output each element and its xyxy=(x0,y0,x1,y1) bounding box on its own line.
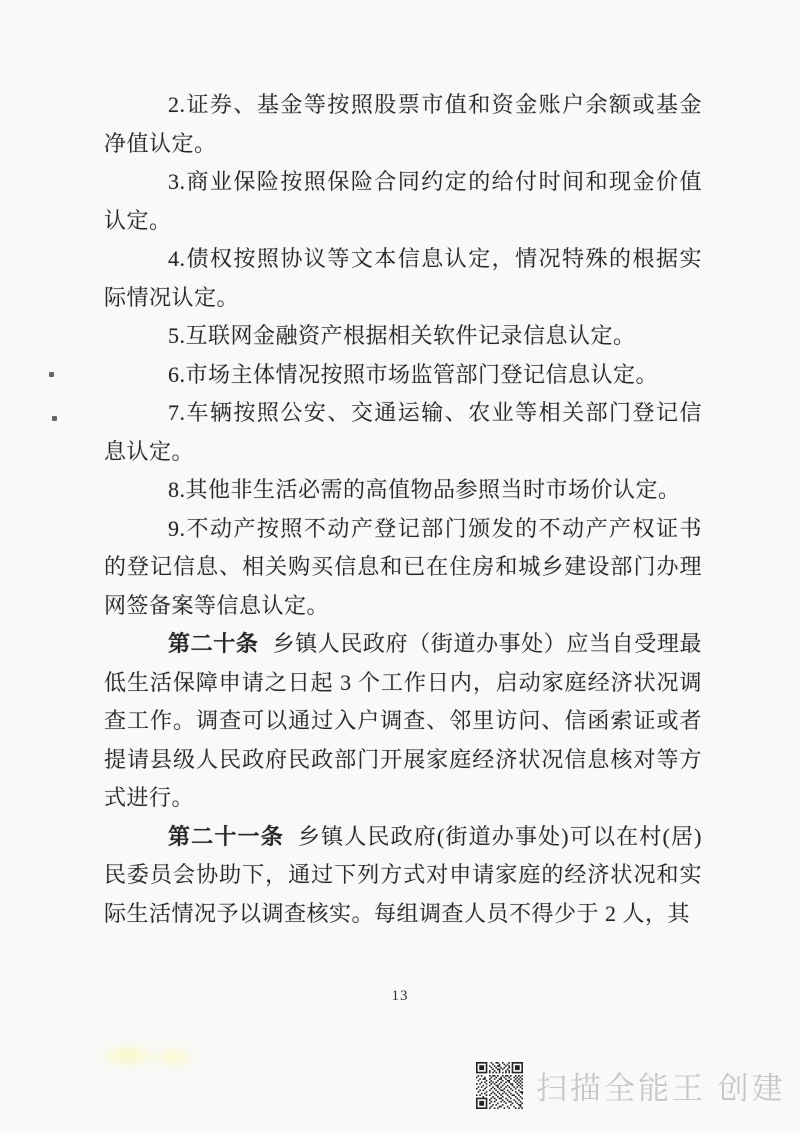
list-item-6: 6.市场主体情况按照市场监管部门登记信息认定。 xyxy=(104,356,702,395)
list-item-text: 9.不动产按照不动产登记部门颁发的不动产产权证书的登记信息、相关购买信息和已在住… xyxy=(104,516,702,618)
list-item-7: 7.车辆按照公安、交通运输、农业等相关部门登记信息认定。 xyxy=(104,394,702,471)
document-body: 2.证券、基金等按照股票市值和资金账户余额或基金净值认定。 3.商业保险按照保险… xyxy=(104,86,702,933)
list-item-4: 4.债权按照协议等文本信息认定，情况特殊的根据实际情况认定。 xyxy=(104,240,702,317)
highlight-smudge xyxy=(98,1042,160,1069)
clause-20-heading: 第二十条 xyxy=(168,631,258,656)
highlight-smudge xyxy=(150,1045,198,1070)
camscanner-watermark-label: 扫描全能王 创建 xyxy=(536,1063,786,1108)
clause-21-heading: 第二十一条 xyxy=(168,824,284,849)
list-item-text: 4.债权按照协议等文本信息认定，情况特殊的根据实际情况认定。 xyxy=(104,246,702,310)
list-item-text: 7.车辆按照公安、交通运输、农业等相关部门登记信息认定。 xyxy=(104,400,702,464)
list-item-text: 6.市场主体情况按照市场监管部门登记信息认定。 xyxy=(168,362,658,387)
qr-code-icon xyxy=(476,1062,523,1109)
scan-artifact-dot xyxy=(49,372,54,377)
list-item-text: 5.互联网金融资产根据相关软件记录信息认定。 xyxy=(168,323,636,348)
list-item-3: 3.商业保险按照保险合同约定的给付时间和现金价值认定。 xyxy=(104,163,702,240)
list-item-text: 8.其他非生活必需的高值物品参照当时市场价认定。 xyxy=(168,477,681,502)
page-number: 13 xyxy=(0,988,800,1005)
list-item-2: 2.证券、基金等按照股票市值和资金账户余额或基金净值认定。 xyxy=(104,86,702,163)
scanned-document-page: 2.证券、基金等按照股票市值和资金账户余额或基金净值认定。 3.商业保险按照保险… xyxy=(0,0,800,1132)
list-item-9: 9.不动产按照不动产登记部门颁发的不动产产权证书的登记信息、相关购买信息和已在住… xyxy=(104,510,702,626)
clause-20-paragraph: 第二十条乡镇人民政府（街道办事处）应当自受理最低生活保障申请之日起 3 个工作日… xyxy=(104,625,702,818)
list-item-text: 3.商业保险按照保险合同约定的给付时间和现金价值认定。 xyxy=(104,169,702,233)
clause-20-text: 乡镇人民政府（街道办事处）应当自受理最低生活保障申请之日起 3 个工作日内，启动… xyxy=(104,631,702,810)
clause-21-paragraph: 第二十一条乡镇人民政府(街道办事处)可以在村(居)民委员会协助下，通过下列方式对… xyxy=(104,818,702,934)
list-item-8: 8.其他非生活必需的高值物品参照当时市场价认定。 xyxy=(104,471,702,510)
list-item-5: 5.互联网金融资产根据相关软件记录信息认定。 xyxy=(104,317,702,356)
camscanner-watermark: 扫描全能王 创建 xyxy=(476,1062,786,1109)
scan-artifact-dot xyxy=(52,416,57,421)
list-item-text: 2.证券、基金等按照股票市值和资金账户余额或基金净值认定。 xyxy=(104,92,702,156)
